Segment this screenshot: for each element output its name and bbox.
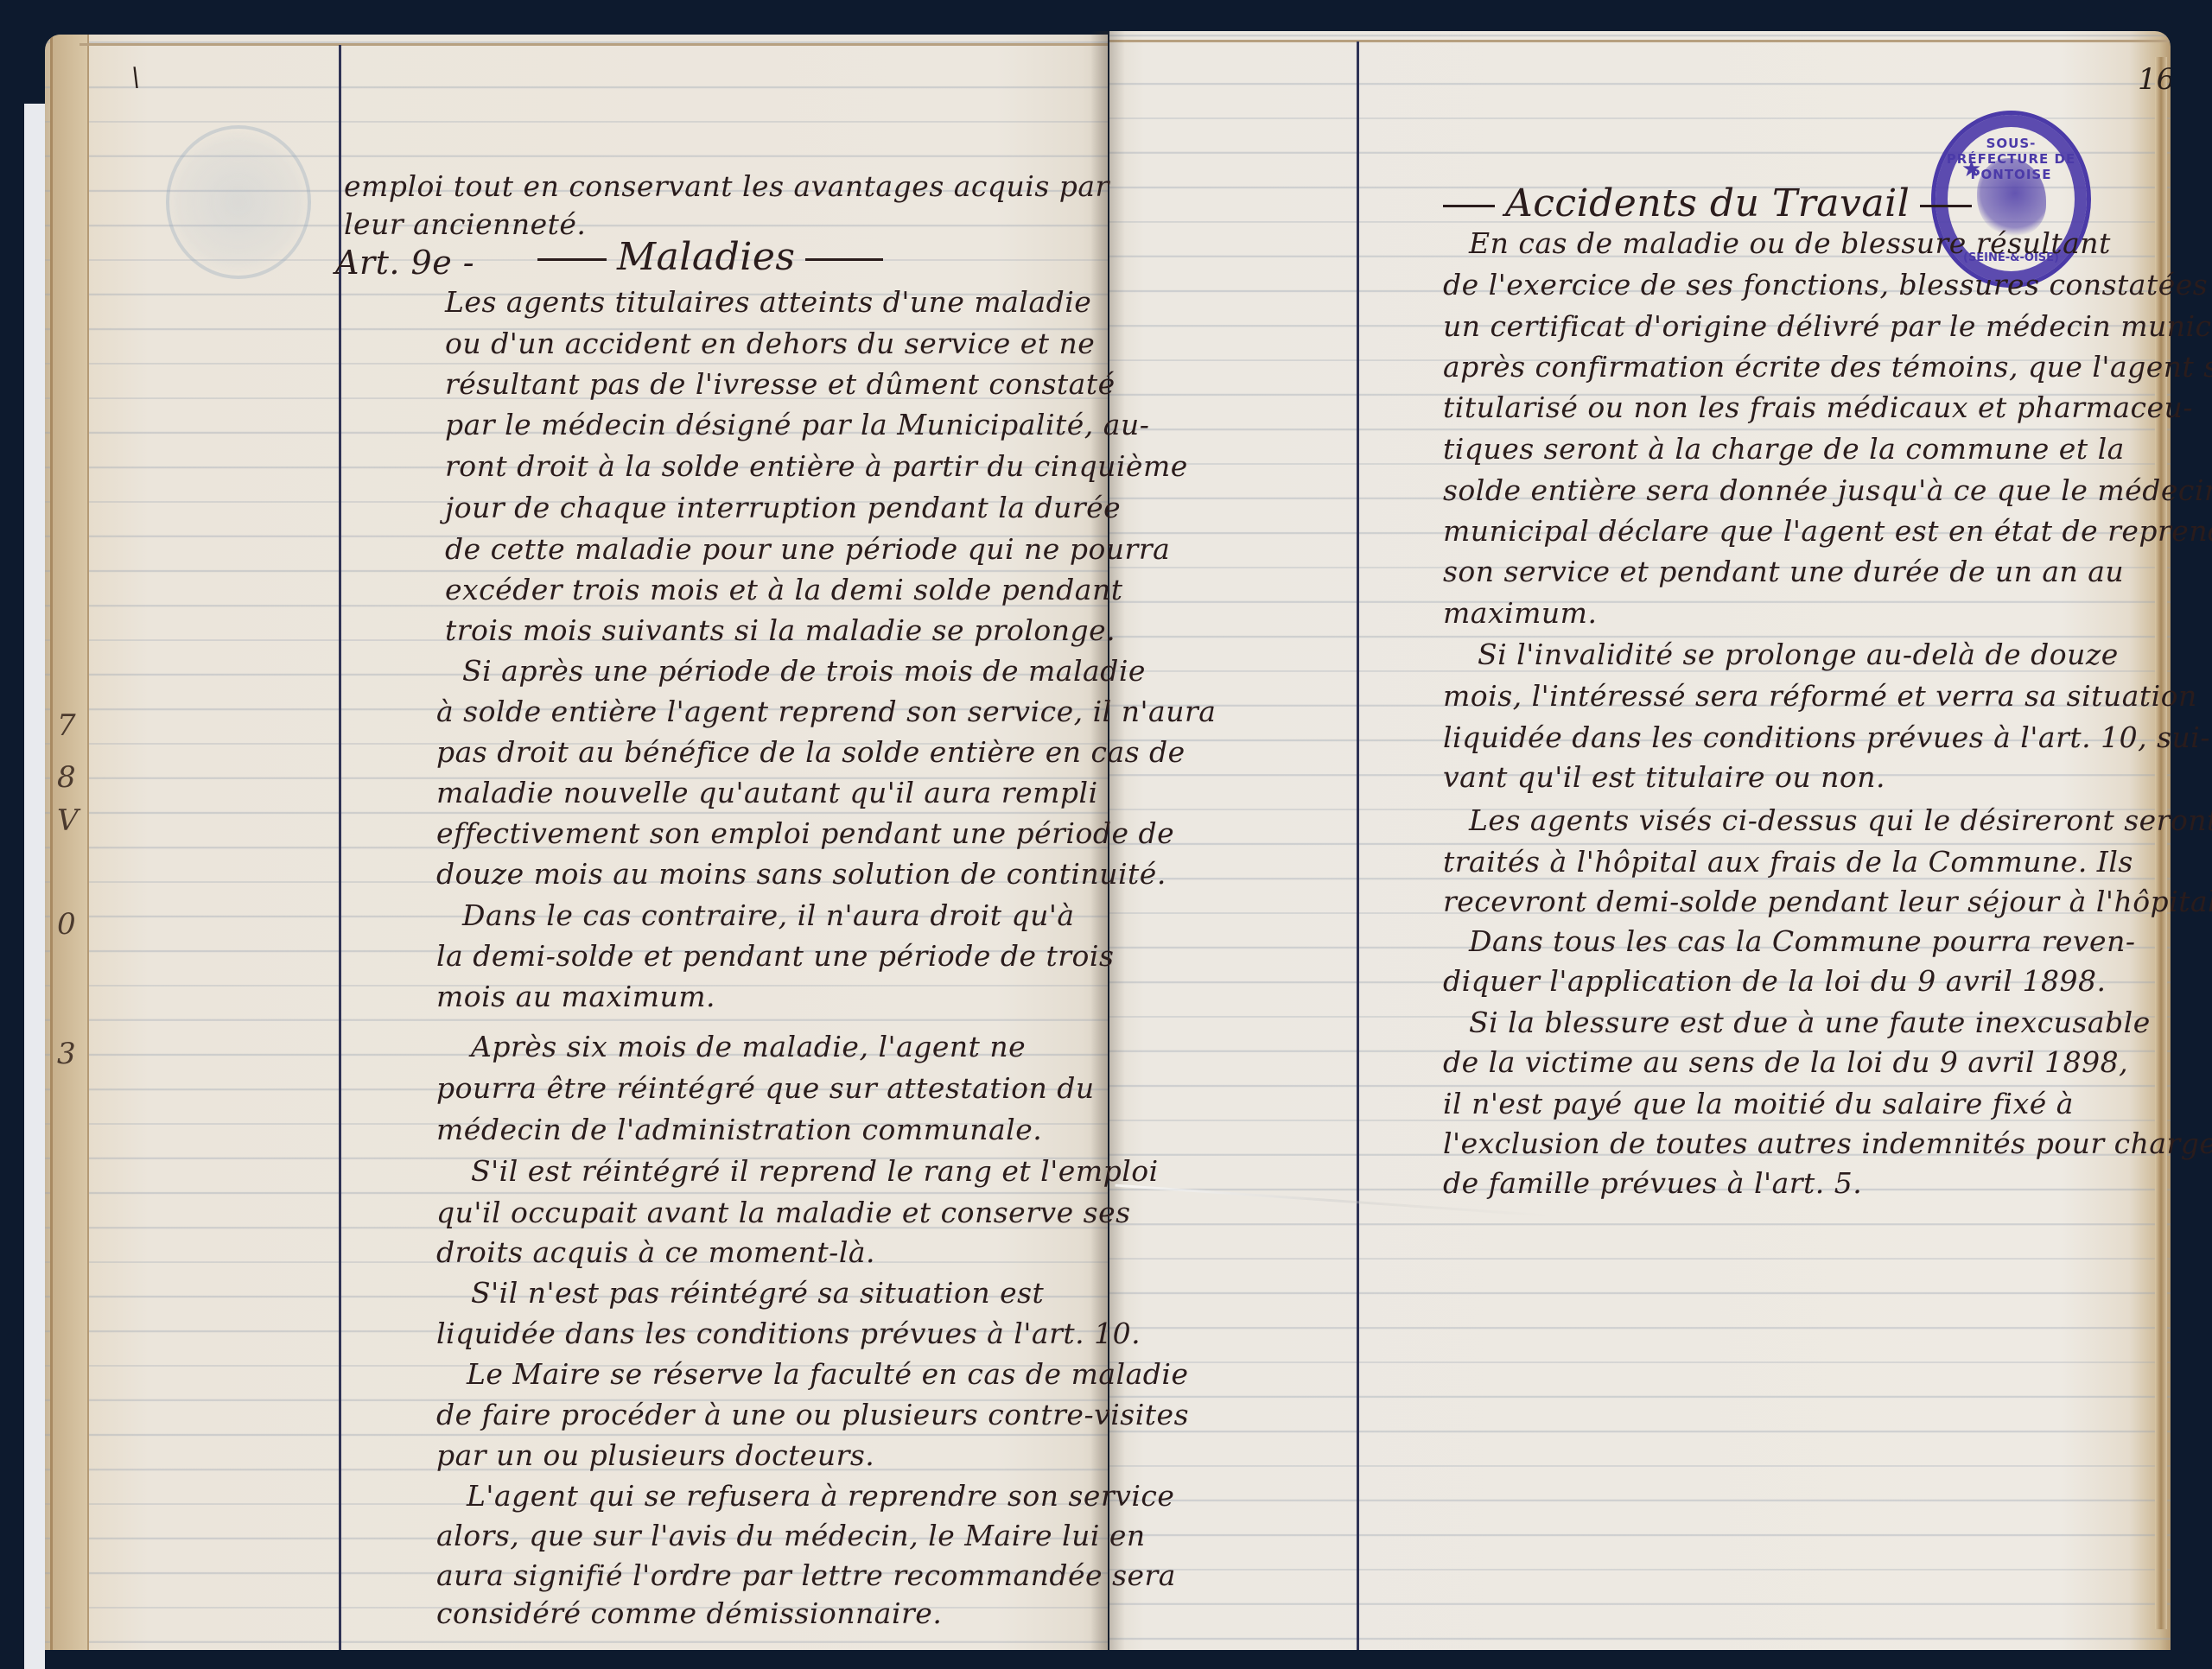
edge-mark: 3 [57,1037,76,1071]
text-line: tiques seront à la charge de la commune … [1443,432,2125,466]
heading-rule [805,258,883,261]
edge-mark: 8 [57,760,76,795]
text-line: ront droit à la solde entière à partir d… [445,449,1188,483]
text-line: jour de chaque interruption pendant la d… [445,491,1121,524]
text-line: droits acquis à ce moment-là. [436,1235,875,1269]
text-line: S'il est réintégré il reprend le rang et… [471,1154,1159,1188]
text-line: maladie nouvelle qu'autant qu'il aura re… [436,776,1098,809]
text-line: ou d'un accident en dehors du service et… [445,327,1095,360]
text-line: aura signifié l'ordre par lettre recomma… [436,1558,1176,1592]
text-line: solde entière sera donnée jusqu'à ce que… [1443,473,2212,507]
text-line: mois, l'intéressé sera réformé et verra … [1443,679,2197,713]
text-line: pas droit au bénéfice de la solde entièr… [436,735,1185,769]
text-line: trois mois suivants si la maladie se pro… [445,613,1116,647]
text-line: par un ou plusieurs docteurs. [436,1438,874,1472]
text-line: de l'exercice de ses fonctions, blessure… [1443,268,2212,301]
text-line: de famille prévues à l'art. 5. [1443,1166,1862,1200]
corner-mark: \ [131,62,140,92]
heading-rule [1920,205,1972,207]
text-line: mois au maximum. [436,980,715,1013]
text-line: Après six mois de maladie, l'agent ne [471,1030,1026,1063]
text-line: à solde entière l'agent reprend son serv… [436,695,1216,728]
heading-rule [1443,205,1495,207]
text-line: de cette maladie pour une période qui ne… [445,532,1170,566]
text-line: Le Maire se réserve la faculté en cas de… [467,1357,1188,1391]
text-line: douze mois au moins sans solution de con… [436,857,1166,891]
text-line: un certificat d'origine délivré par le m… [1443,309,2212,343]
text-line: S'il n'est pas réintégré sa situation es… [471,1276,1044,1310]
text-line: vant qu'il est titulaire ou non. [1443,760,1885,794]
heading-text: Accidents du Travail [1505,181,1910,225]
text-line: pourra être réintégré que sur attestatio… [436,1071,1095,1105]
text-line: médecin de l'administration communale. [436,1113,1042,1146]
text-line: alors, que sur l'avis du médecin, le Mai… [436,1519,1146,1552]
text-line: résultant pas de l'ivresse et dûment con… [445,367,1116,401]
star-icon: ★ [1961,156,1981,182]
text-line: par le médecin désigné par la Municipali… [445,408,1149,441]
text-line: maximum. [1443,596,1597,630]
text-line: recevront demi-solde pendant leur séjour… [1443,885,2212,918]
margin-line [339,45,341,1669]
article-label: Art. 9e - [335,244,474,282]
text-line: Les agents visés ci-dessus qui le désire… [1469,803,2212,837]
text-line: Si l'invalidité se prolonge au-delà de d… [1478,638,2119,671]
text-line: En cas de maladie ou de blessure résulta… [1469,226,2111,260]
text-line: municipal déclare que l'agent est en éta… [1443,514,2212,548]
text-line: liquidée dans les conditions prévues à l… [436,1317,1141,1350]
margin-line [1357,41,1359,1669]
text-line: après confirmation écrite des témoins, q… [1443,350,2212,384]
text-line: emploi tout en conservant les avantages … [344,169,1109,203]
text-line: Dans le cas contraire, il n'aura droit q… [462,898,1075,932]
text-line: Les agents titulaires atteints d'une mal… [445,285,1091,319]
text-line: son service et pendant une durée de un a… [1443,555,2124,588]
text-line: l'exclusion de toutes autres indemnités … [1443,1126,2212,1160]
text-line: effectivement son emploi pendant une pér… [436,816,1174,850]
edge-mark: V [57,803,79,838]
text-line: Dans tous les cas la Commune pourra reve… [1469,924,2136,958]
section-heading: Accidents du Travail [1443,181,1982,225]
page-binding-edge [50,35,89,1669]
top-rule [79,43,1108,46]
text-line: traités à l'hôpital aux frais de la Comm… [1443,845,2133,879]
text-line: qu'il occupait avant la maladie et conse… [436,1196,1131,1229]
text-line: considéré comme démissionnaire. [436,1596,942,1630]
bottom-background [45,1650,2171,1669]
text-line: de la victime au sens de la loi du 9 avr… [1443,1045,2128,1079]
text-line: diquer l'application de la loi du 9 avri… [1443,964,2106,998]
text-line: excéder trois mois et à la demi solde pe… [445,573,1122,606]
text-line: Si la blessure est due à une faute inexc… [1469,1006,2151,1039]
text-line: de faire procéder à une ou plusieurs con… [436,1398,1189,1431]
text-line: L'agent qui se refusera à reprendre son … [467,1479,1174,1513]
text-line: il n'est payé que la moitié du salaire f… [1443,1087,2074,1120]
faded-stamp [166,125,311,279]
page-number: 16 [2138,62,2171,97]
heading-text: Maladies [617,235,795,279]
text-line: titularisé ou non les frais médicaux et … [1443,390,2193,424]
text-line: liquidée dans les conditions prévues à l… [1443,720,2210,754]
edge-mark: 0 [57,907,76,942]
section-heading: Maladies [527,235,893,279]
text-line: la demi-solde et pendant une période de … [436,939,1114,973]
edge-mark: 7 [57,708,76,743]
heading-rule [537,258,607,261]
text-line: Si après une période de trois mois de ma… [462,654,1146,688]
top-rule [1109,40,2171,42]
